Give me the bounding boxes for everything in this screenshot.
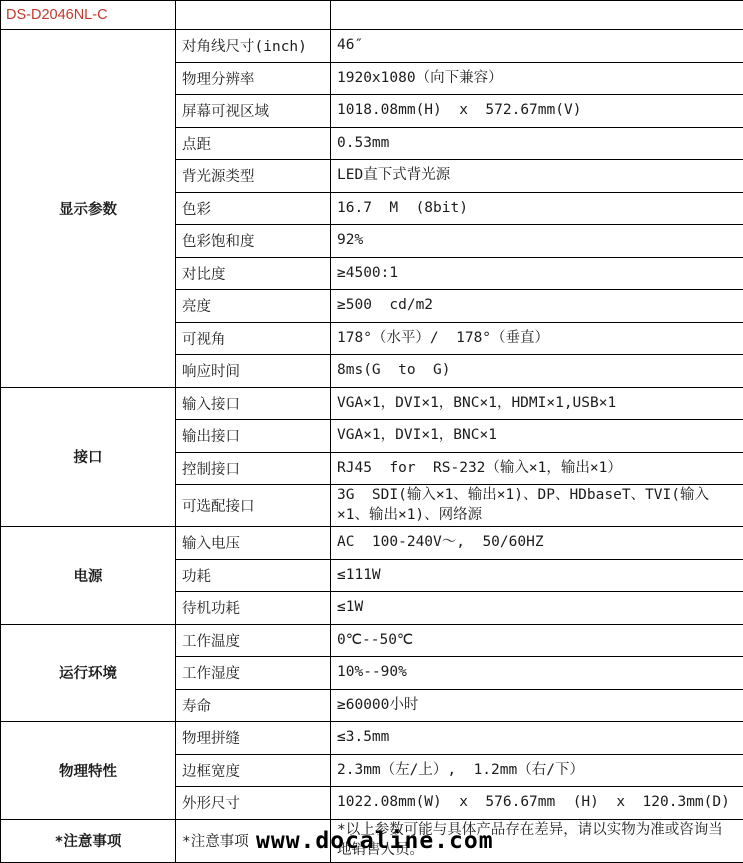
spec-table: DS-D2046NL-C 显示参数 对角线尺寸(inch) 46″ 物理分辨率 … xyxy=(0,0,743,863)
table-row: 物理特性 物理拼缝 ≤3.5mm xyxy=(1,722,743,755)
param-cell: 待机功耗 xyxy=(176,592,331,625)
value-cell: 10%--90% xyxy=(331,657,743,690)
param-cell: 背光源类型 xyxy=(176,160,331,193)
value-cell: RJ45 for RS-232（输入×1，输出×1） xyxy=(331,452,743,485)
param-cell: 功耗 xyxy=(176,559,331,592)
table-row: 显示参数 对角线尺寸(inch) 46″ xyxy=(1,30,743,63)
param-cell: 控制接口 xyxy=(176,452,331,485)
value-cell: VGA×1，DVI×1，BNC×1，HDMI×1,USB×1 xyxy=(331,387,743,420)
table-header-row: DS-D2046NL-C xyxy=(1,1,743,30)
value-cell: 16.7 M (8bit) xyxy=(331,192,743,225)
table-row: 电源 输入电压 AC 100-240V～, 50/60HZ xyxy=(1,527,743,560)
param-cell: 输入接口 xyxy=(176,387,331,420)
param-cell: 输入电压 xyxy=(176,527,331,560)
category-cell-physical: 物理特性 xyxy=(1,722,176,820)
value-cell: 46″ xyxy=(331,30,743,63)
value-cell: AC 100-240V～, 50/60HZ xyxy=(331,527,743,560)
table-row: 运行环境 工作温度 0℃--50℃ xyxy=(1,624,743,657)
category-cell-display: 显示参数 xyxy=(1,30,176,388)
empty-header-cell xyxy=(176,1,331,30)
param-cell: 寿命 xyxy=(176,689,331,722)
param-cell: 物理拼缝 xyxy=(176,722,331,755)
empty-header-cell xyxy=(331,1,743,30)
table-row: *注意事项 *注意事项 *以上参数可能与具体产品存在差异，请以实物为准或咨询当地… xyxy=(1,819,743,862)
value-cell: 0℃--50℃ xyxy=(331,624,743,657)
param-cell: 可选配接口 xyxy=(176,485,331,527)
value-cell: 0.53mm xyxy=(331,127,743,160)
value-cell: ≤3.5mm xyxy=(331,722,743,755)
value-cell: 92% xyxy=(331,225,743,258)
value-cell: ≤111W xyxy=(331,559,743,592)
value-cell: ≥60000小时 xyxy=(331,689,743,722)
param-cell: 屏幕可视区域 xyxy=(176,95,331,128)
param-cell: 可视角 xyxy=(176,322,331,355)
param-cell: 点距 xyxy=(176,127,331,160)
value-cell: 3G SDI(输入×1、输出×1)、DP、HDbaseT、TVI(输入×1、输出… xyxy=(331,485,743,527)
value-cell: ≤1W xyxy=(331,592,743,625)
param-cell: 色彩饱和度 xyxy=(176,225,331,258)
spec-sheet-page: DS-D2046NL-C 显示参数 对角线尺寸(inch) 46″ 物理分辨率 … xyxy=(0,0,743,863)
value-cell: LED直下式背光源 xyxy=(331,160,743,193)
param-cell: 响应时间 xyxy=(176,355,331,388)
category-cell-power: 电源 xyxy=(1,527,176,625)
param-cell: 工作湿度 xyxy=(176,657,331,690)
param-cell: 工作温度 xyxy=(176,624,331,657)
param-cell: 输出接口 xyxy=(176,420,331,453)
param-cell: 外形尺寸 xyxy=(176,787,331,820)
param-cell: 边框宽度 xyxy=(176,754,331,787)
category-cell-interfaces: 接口 xyxy=(1,387,176,527)
value-cell: 8ms(G to G) xyxy=(331,355,743,388)
value-cell: 178°（水平）/ 178°（垂直） xyxy=(331,322,743,355)
value-cell: ≥500 cd/m2 xyxy=(331,290,743,323)
category-cell-notes: *注意事项 xyxy=(1,819,176,862)
value-cell: 2.3mm（左/上）, 1.2mm（右/下） xyxy=(331,754,743,787)
param-cell: 亮度 xyxy=(176,290,331,323)
param-cell: 对角线尺寸(inch) xyxy=(176,30,331,63)
model-number: DS-D2046NL-C xyxy=(1,1,176,30)
param-cell: 对比度 xyxy=(176,257,331,290)
param-cell: *注意事项 xyxy=(176,819,331,862)
value-cell: VGA×1，DVI×1，BNC×1 xyxy=(331,420,743,453)
table-row: 接口 输入接口 VGA×1，DVI×1，BNC×1，HDMI×1,USB×1 xyxy=(1,387,743,420)
value-cell: 1022.08mm(W) x 576.67mm (H) x 120.3mm(D) xyxy=(331,787,743,820)
category-cell-environment: 运行环境 xyxy=(1,624,176,722)
value-cell: 1920x1080（向下兼容） xyxy=(331,62,743,95)
value-cell: 1018.08mm(H) x 572.67mm(V) xyxy=(331,95,743,128)
value-cell: ≥4500:1 xyxy=(331,257,743,290)
param-cell: 物理分辨率 xyxy=(176,62,331,95)
param-cell: 色彩 xyxy=(176,192,331,225)
value-cell: *以上参数可能与具体产品存在差异，请以实物为准或咨询当地销售人员。 xyxy=(331,819,743,862)
